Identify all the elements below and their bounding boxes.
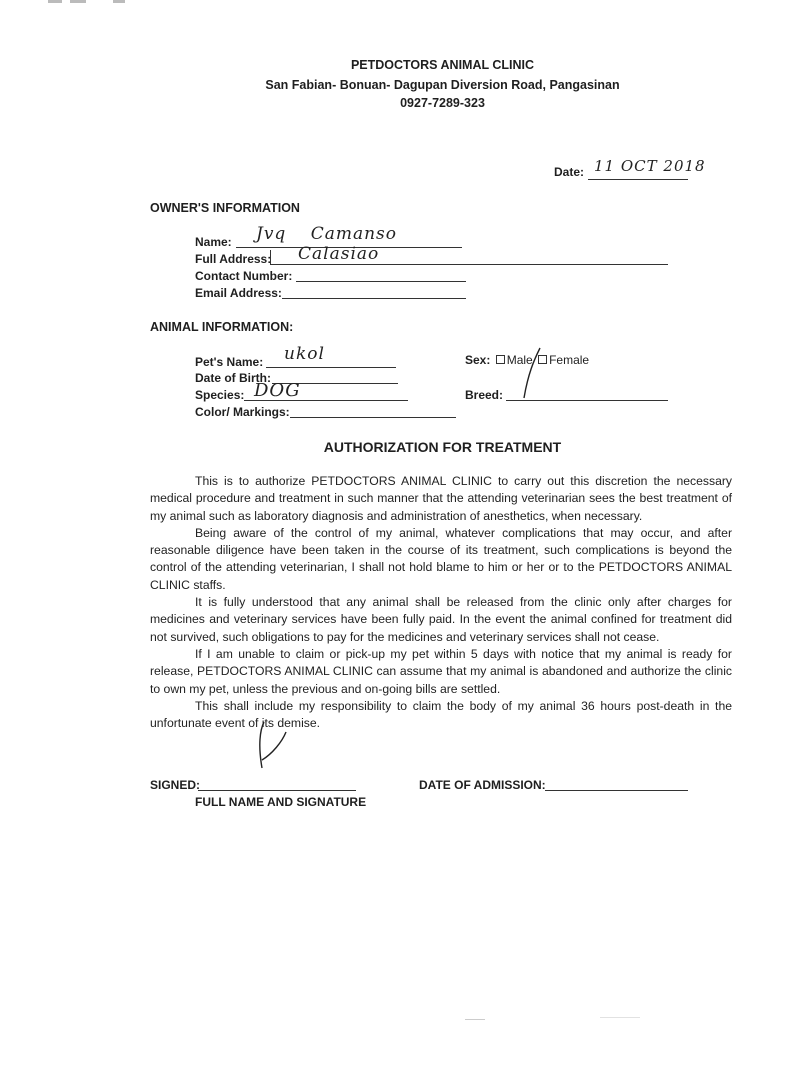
owner-email-label: Email Address: (195, 286, 282, 300)
signature-scribble-icon (252, 720, 302, 775)
authorization-body: This is to authorize PETDOCTORS ANIMAL C… (150, 473, 732, 732)
breed-label: Breed: (465, 388, 503, 402)
authorization-paragraph: Being aware of the control of my animal,… (150, 525, 732, 594)
breed-field[interactable] (506, 399, 668, 401)
authorization-paragraph: This is to authorize PETDOCTORS ANIMAL C… (150, 473, 732, 525)
species-label: Species: (195, 388, 244, 402)
color-markings-field[interactable] (290, 416, 456, 418)
date-of-admission-field[interactable] (545, 789, 688, 791)
signature-sublabel: FULL NAME AND SIGNATURE (195, 795, 366, 809)
scan-artifact (600, 1017, 640, 1018)
authorization-paragraph: It is fully understood that any animal s… (150, 594, 732, 646)
owner-contact-field[interactable] (296, 280, 466, 282)
authorization-paragraph: This shall include my responsibility to … (150, 698, 732, 733)
date-label: Date: (554, 165, 584, 179)
scan-artifact (70, 0, 86, 3)
owner-info-heading: OWNER'S INFORMATION (150, 201, 300, 215)
date-of-admission-label: DATE OF ADMISSION: (419, 778, 546, 792)
sex-label: Sex: (465, 353, 490, 367)
color-markings-label: Color/ Markings: (195, 405, 290, 419)
scan-artifact (48, 0, 62, 3)
address-tick (270, 250, 271, 264)
owner-name-label: Name: (195, 235, 232, 249)
date-line (588, 178, 688, 180)
clinic-phone: 0927-7289-323 (0, 96, 785, 110)
owner-address-field[interactable]: Calasiao (298, 244, 379, 264)
signed-label: SIGNED: (150, 778, 200, 792)
pet-name-line (266, 366, 396, 368)
female-option-label: Female (549, 353, 589, 367)
male-checkbox[interactable] (496, 355, 505, 364)
species-field[interactable]: DOG (254, 380, 301, 401)
pet-name-label: Pet's Name: (195, 355, 263, 369)
signature-field[interactable] (198, 789, 356, 791)
authorization-paragraph: If I am unable to claim or pick-up my pe… (150, 646, 732, 698)
authorization-title: AUTHORIZATION FOR TREATMENT (0, 439, 785, 455)
date-value[interactable]: 11 OCT 2018 (594, 157, 706, 175)
animal-info-heading: ANIMAL INFORMATION: (150, 320, 293, 334)
clinic-address: San Fabian- Bonuan- Dagupan Diversion Ro… (0, 78, 785, 92)
clinic-name: PETDOCTORS ANIMAL CLINIC (0, 58, 785, 72)
female-checkmark-icon (516, 346, 546, 406)
scan-artifact (113, 0, 125, 3)
owner-contact-label: Contact Number: (195, 269, 292, 283)
owner-address-label: Full Address: (195, 252, 271, 266)
owner-name-field[interactable]: Jvq Camanso (256, 224, 397, 244)
pet-name-field[interactable]: ukol (284, 344, 325, 364)
scan-artifact (465, 1019, 485, 1020)
owner-email-field[interactable] (282, 297, 466, 299)
